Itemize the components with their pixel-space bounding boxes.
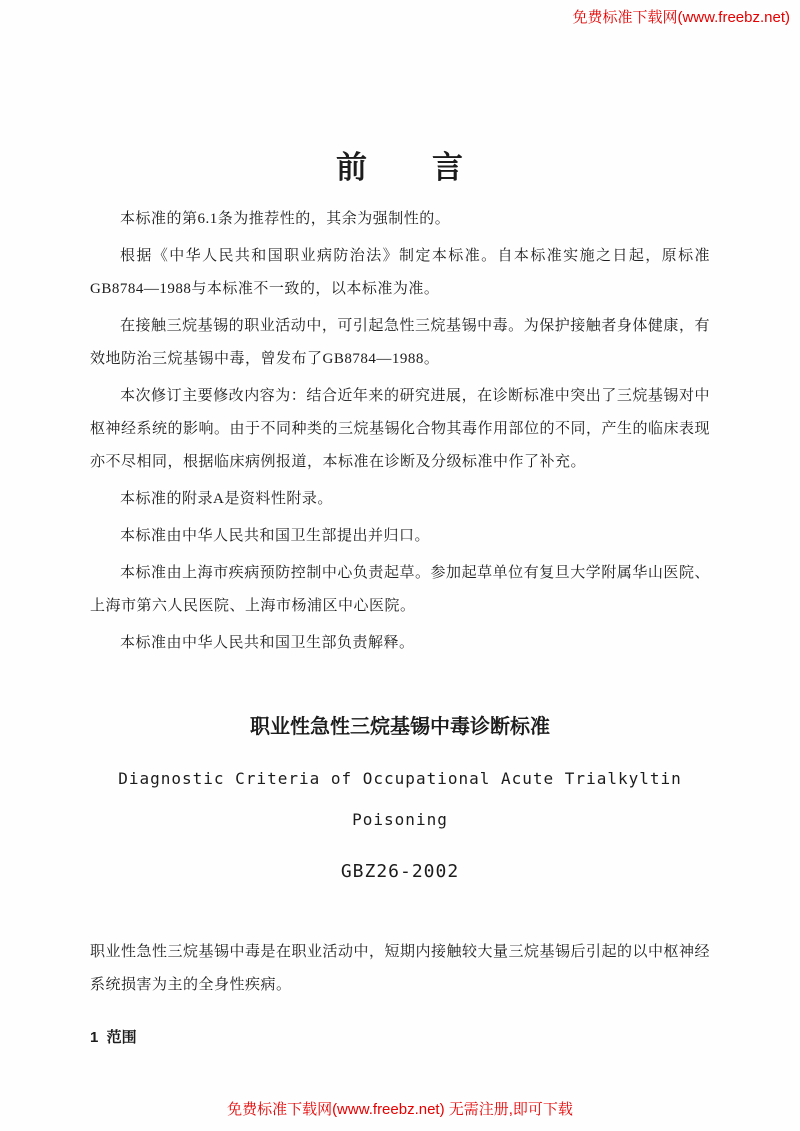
bottom-watermark: 免费标准下载网(www.freebz.net) 无需注册,即可下载 — [0, 1101, 800, 1119]
foreword-paragraph: 本标准的第6.1条为推荐性的，其余为强制性的。 — [90, 203, 710, 236]
foreword-paragraph: 本标准由中华人民共和国卫生部提出并归口。 — [90, 520, 710, 553]
standard-definition: 职业性急性三烷基锡中毒是在职业活动中，短期内接触较大量三烷基锡后引起的以中枢神经… — [90, 936, 710, 1002]
top-watermark: 免费标准下载网(www.freebz.net) — [572, 9, 790, 27]
foreword-paragraph: 在接触三烷基锡的职业活动中，可引起急性三烷基锡中毒。为保护接触者身体健康，有效地… — [90, 310, 710, 376]
standard-title-en-line2: Poisoning — [90, 810, 710, 829]
standard-code: GBZ26-2002 — [90, 861, 710, 882]
document-content: 前 言 本标准的第6.1条为推荐性的，其余为强制性的。 根据《中华人民共和国职业… — [0, 0, 800, 1047]
section-1-heading: 1 范围 — [90, 1026, 710, 1047]
foreword-paragraph: 本次修订主要修改内容为：结合近年来的研究进展，在诊断标准中突出了三烷基锡对中枢神… — [90, 380, 710, 479]
foreword-paragraph: 本标准由上海市疾病预防控制中心负责起草。参加起草单位有复旦大学附属华山医院、上海… — [90, 557, 710, 623]
standard-title-zh: 职业性急性三烷基锡中毒诊断标准 — [90, 710, 710, 739]
document-page: 免费标准下载网(www.freebz.net) 前 言 本标准的第6.1条为推荐… — [0, 0, 800, 1131]
standard-title-en-line1: Diagnostic Criteria of Occupational Acut… — [90, 769, 710, 788]
foreword-title: 前 言 — [90, 142, 710, 187]
foreword-section: 本标准的第6.1条为推荐性的，其余为强制性的。 根据《中华人民共和国职业病防治法… — [90, 203, 710, 660]
foreword-paragraph: 本标准由中华人民共和国卫生部负责解释。 — [90, 627, 710, 660]
foreword-paragraph: 根据《中华人民共和国职业病防治法》制定本标准。自本标准实施之日起，原标准GB87… — [90, 240, 710, 306]
foreword-paragraph: 本标准的附录A是资料性附录。 — [90, 483, 710, 516]
